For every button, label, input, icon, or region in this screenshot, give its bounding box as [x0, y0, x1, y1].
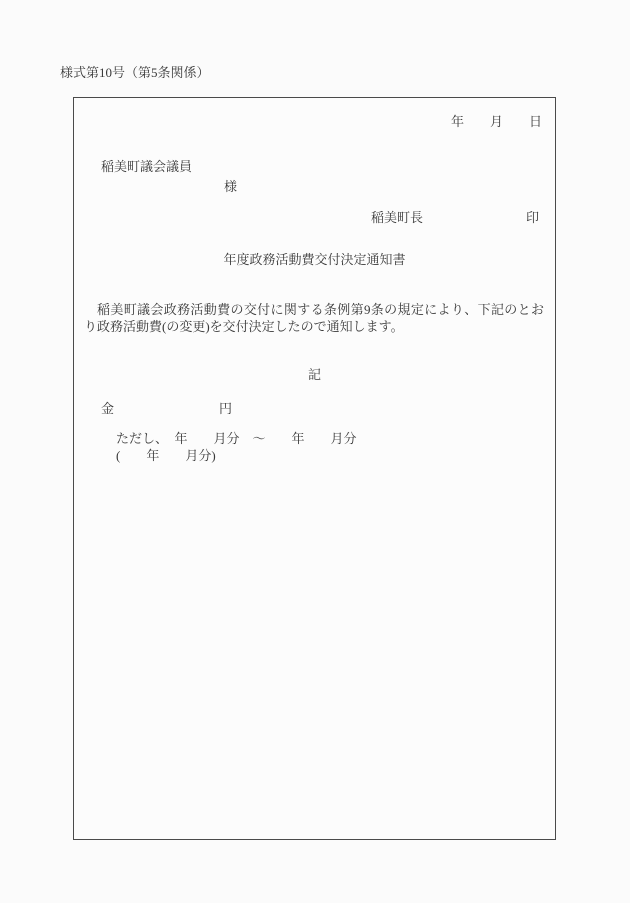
document-title: 年度政務活動費交付決定通知書 [74, 249, 555, 268]
issuer-name: 稲美町長 [371, 207, 423, 226]
date-line: 年 月 日 [451, 111, 542, 130]
honorific-sama: 様 [224, 176, 237, 195]
body-paragraph: 稲美町議会政務活動費の交付に関する条例第9条の規定により、下記のとおり政務活動費… [84, 301, 544, 335]
period-line-2: ( 年 月分) [116, 445, 216, 464]
amount-prefix: 金 [101, 398, 114, 417]
document-frame: 年 月 日 稲美町議会議員 様 稲美町長 印 年度政務活動費交付決定通知書 稲美… [73, 97, 556, 840]
amount-unit: 円 [219, 398, 232, 417]
issuer-line: 稲美町長 印 [371, 207, 539, 226]
addressee-name: 稲美町議会議員 [101, 156, 192, 175]
record-marker: 記 [74, 364, 555, 383]
document-page: 様式第10号（第5条関係） 年 月 日 稲美町議会議員 様 稲美町長 印 年度政… [0, 0, 630, 903]
form-number-label: 様式第10号（第5条関係） [60, 62, 210, 81]
seal-mark: 印 [526, 207, 539, 226]
